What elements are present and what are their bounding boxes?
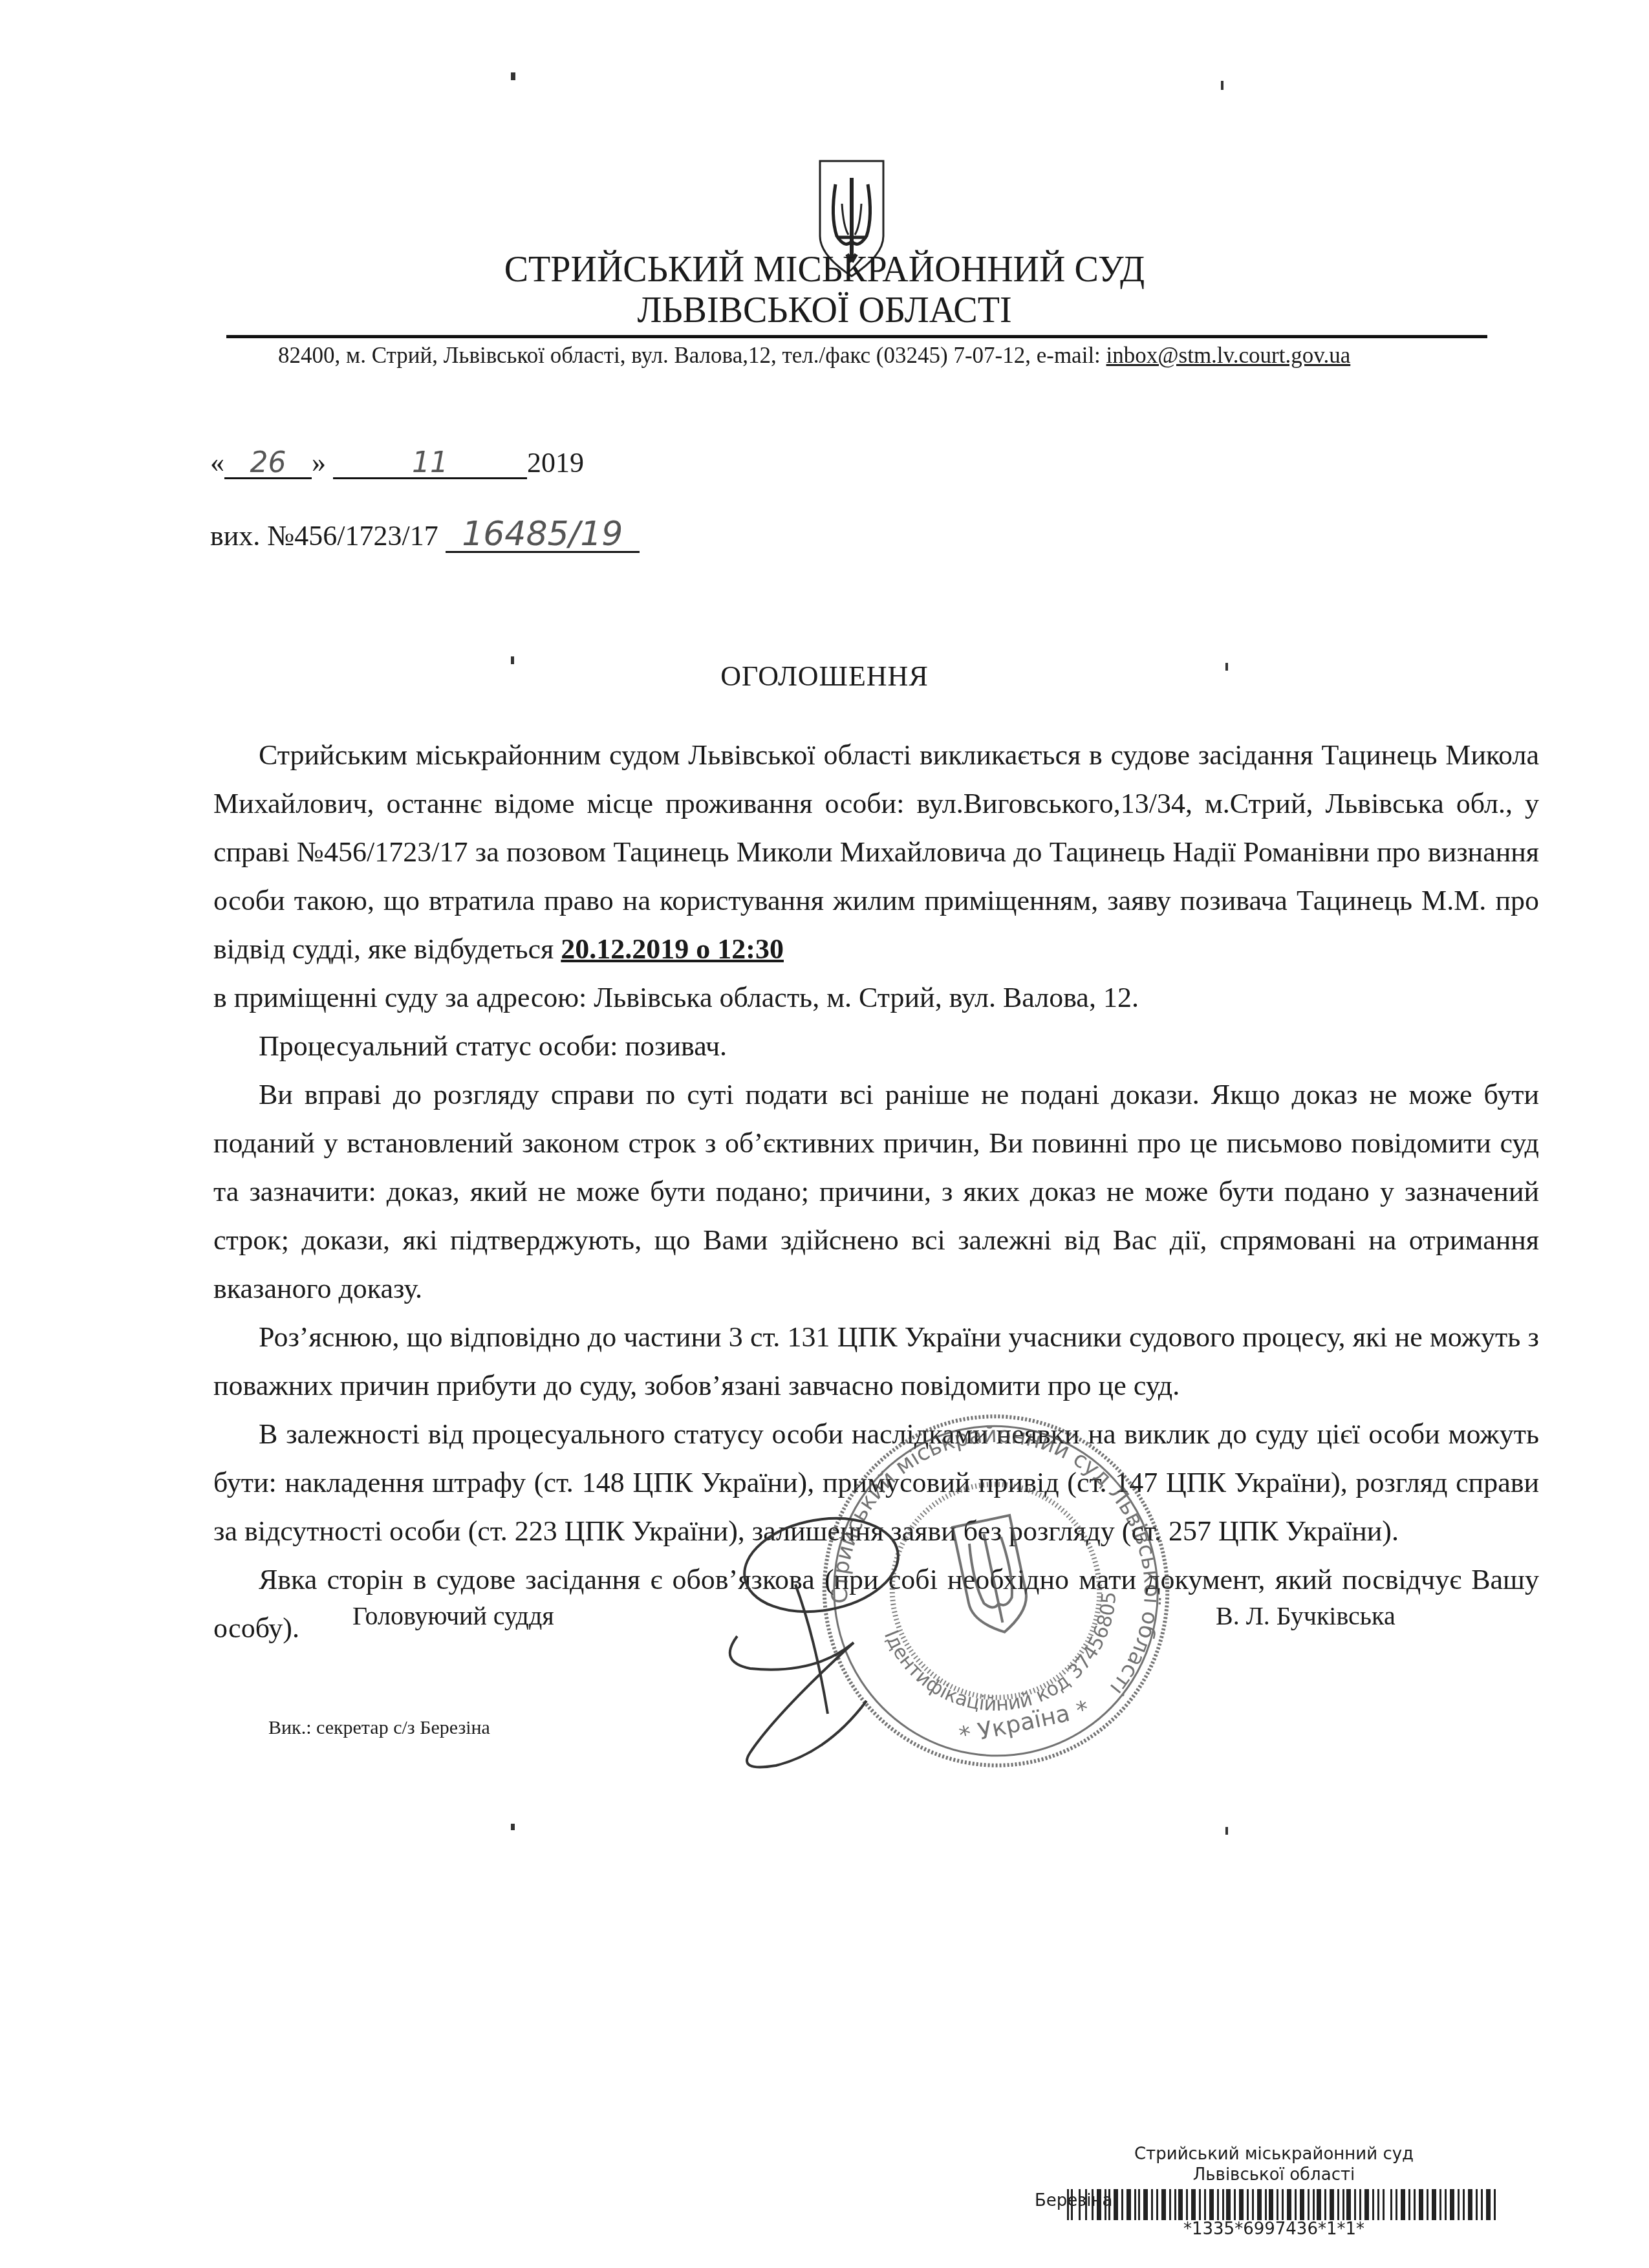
barcode-number: *1335*6997436*1*1* (1099, 2219, 1449, 2239)
barcode-org-line1: Стрийський міськрайонний суд (1099, 2144, 1449, 2165)
signatory-role: Головуючий суддя (352, 1601, 554, 1631)
court-address: 82400, м. Стрий, Львівської області, вул… (278, 343, 1350, 369)
date-day: 26 (224, 449, 312, 479)
court-name-line2: ЛЬВІВСЬКОЇ ОБЛАСТІ (0, 290, 1649, 331)
scan-mark (1221, 81, 1223, 90)
email-link[interactable]: inbox@stm.lv.court.gov.ua (1106, 343, 1351, 368)
outgoing-prefix: вих. №456/1723/17 (210, 520, 438, 552)
court-name-line1: СТРИЙСЬКИЙ МІСЬКРАЙОННИЙ СУД (0, 249, 1649, 290)
outgoing-number: вих. №456/1723/17 16485/19 (210, 517, 640, 553)
scan-mark (511, 1824, 515, 1830)
header-divider (226, 335, 1487, 338)
hearing-datetime: 20.12.2019 о 12:30 (561, 933, 784, 965)
executor-note: Вик.: секретар с/з Березіна (268, 1717, 490, 1739)
paragraph-status: Процесуальний статус особи: позивач. (213, 1022, 1539, 1070)
close-quote: » (312, 447, 326, 479)
barcode-org-line2: Львівської області (1099, 2165, 1449, 2185)
barcode-organization: Стрийський міськрайонний суд Львівської … (1099, 2144, 1449, 2185)
scan-mark (1225, 1827, 1228, 1835)
handwritten-signature (698, 1507, 970, 1778)
scan-mark (511, 72, 515, 80)
date-month: 11 (333, 449, 527, 479)
summons-text: Стрийським міськрайонним судом Львівсько… (213, 739, 1539, 965)
paragraph-summons-location: в приміщенні суду за адресою: Львівська … (213, 973, 1539, 1022)
open-quote: « (210, 447, 224, 479)
paragraph-summons: Стрийським міськрайонним судом Львівсько… (213, 731, 1539, 973)
outgoing-handwritten-number: 16485/19 (446, 517, 640, 553)
paragraph-evidence: Ви вправі до розгляду справи по суті под… (213, 1070, 1539, 1313)
document-heading: ОГОЛОШЕННЯ (0, 660, 1649, 693)
barcode (1067, 2189, 1500, 2220)
signatory-name: В. Л. Бучківська (1216, 1601, 1396, 1631)
document-date: «26» 112019 (210, 446, 584, 479)
date-year: 2019 (527, 447, 584, 479)
paragraph-explanation: Роз’яснюю, що відповідно до частини 3 ст… (213, 1313, 1539, 1410)
address-text: 82400, м. Стрий, Львівської області, вул… (278, 343, 1106, 368)
